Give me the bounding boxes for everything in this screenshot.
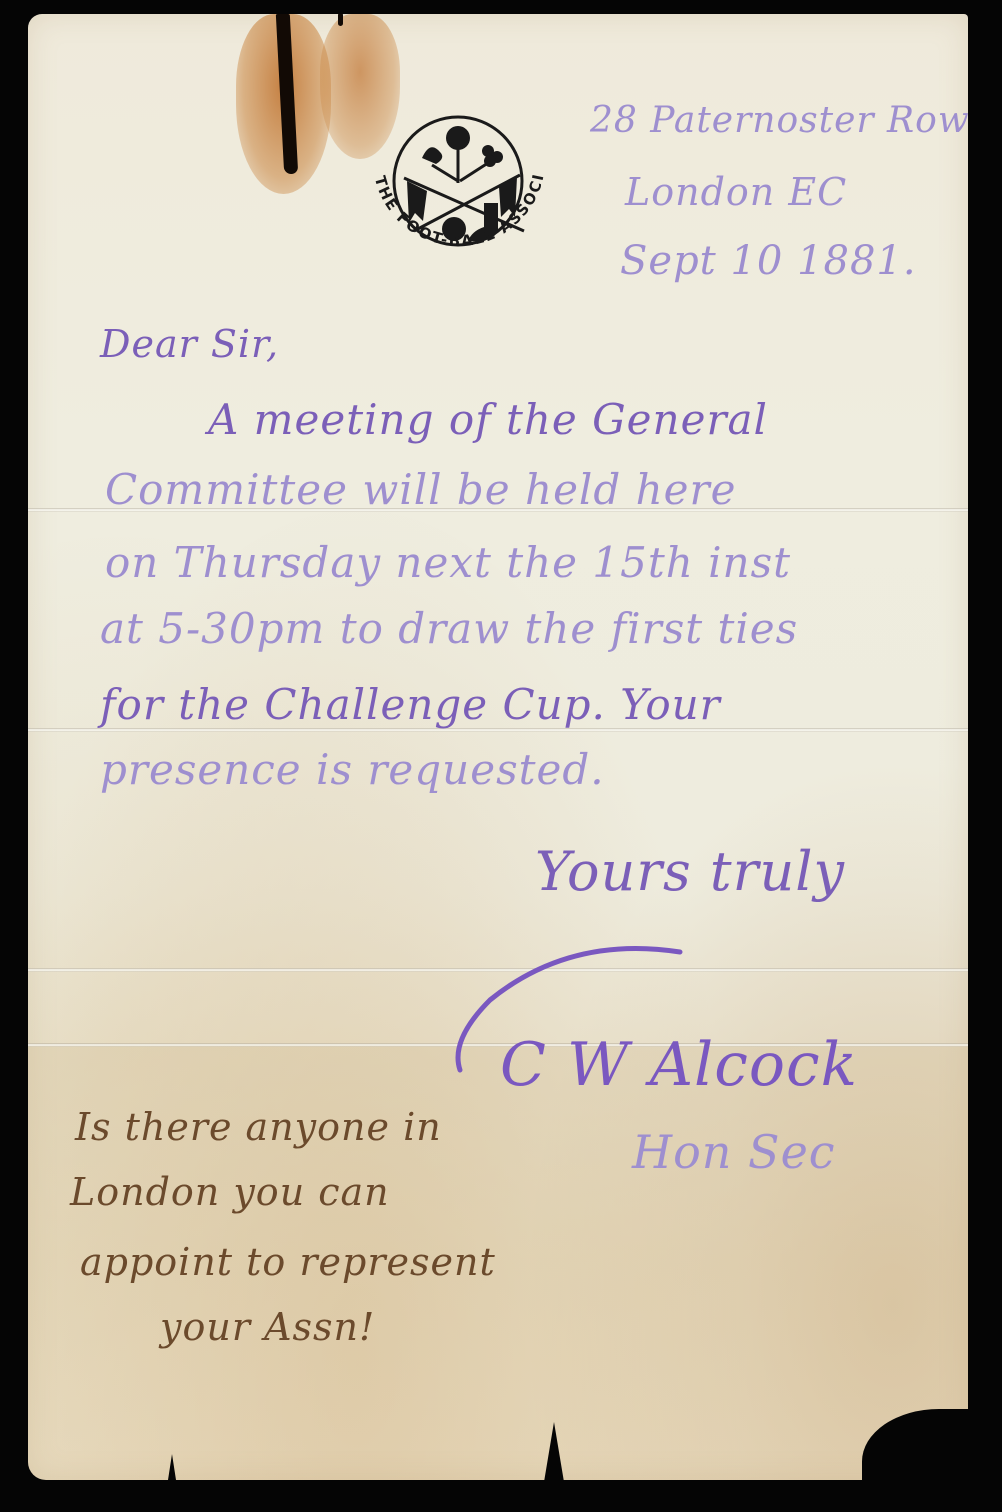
valediction: Yours truly xyxy=(535,840,845,903)
letter-line: Committee will be held here xyxy=(105,465,736,514)
annotation-line: appoint to represent xyxy=(80,1240,496,1284)
signature: C W Alcock xyxy=(500,1030,858,1100)
paper-tear xyxy=(544,1422,564,1482)
paper-tear xyxy=(168,1454,176,1480)
annotation-line: your Assn! xyxy=(160,1305,375,1349)
letter-line: A meeting of the General xyxy=(208,395,768,444)
fold-crease xyxy=(28,968,968,972)
burn-mark xyxy=(338,14,343,26)
address-city: London EC xyxy=(625,170,847,214)
letter-date: Sept 10 1881. xyxy=(620,238,917,284)
letter-line: for the Challenge Cup. Your xyxy=(100,680,721,729)
annotation-line: London you can xyxy=(70,1170,390,1214)
salutation: Dear Sir, xyxy=(100,322,279,366)
letter-line: on Thursday next the 15th inst xyxy=(105,538,791,587)
letter-line: presence is requested. xyxy=(100,745,605,794)
address-street: 28 Paternoster Row xyxy=(590,100,970,141)
letter-line: at 5-30pm to draw the first ties xyxy=(100,604,798,653)
football-association-crest-icon: THE FOOT-BALL ASSOCIATION xyxy=(352,103,564,288)
signature-title: Hon Sec xyxy=(632,1125,836,1179)
annotation-line: Is there anyone in xyxy=(75,1105,442,1149)
